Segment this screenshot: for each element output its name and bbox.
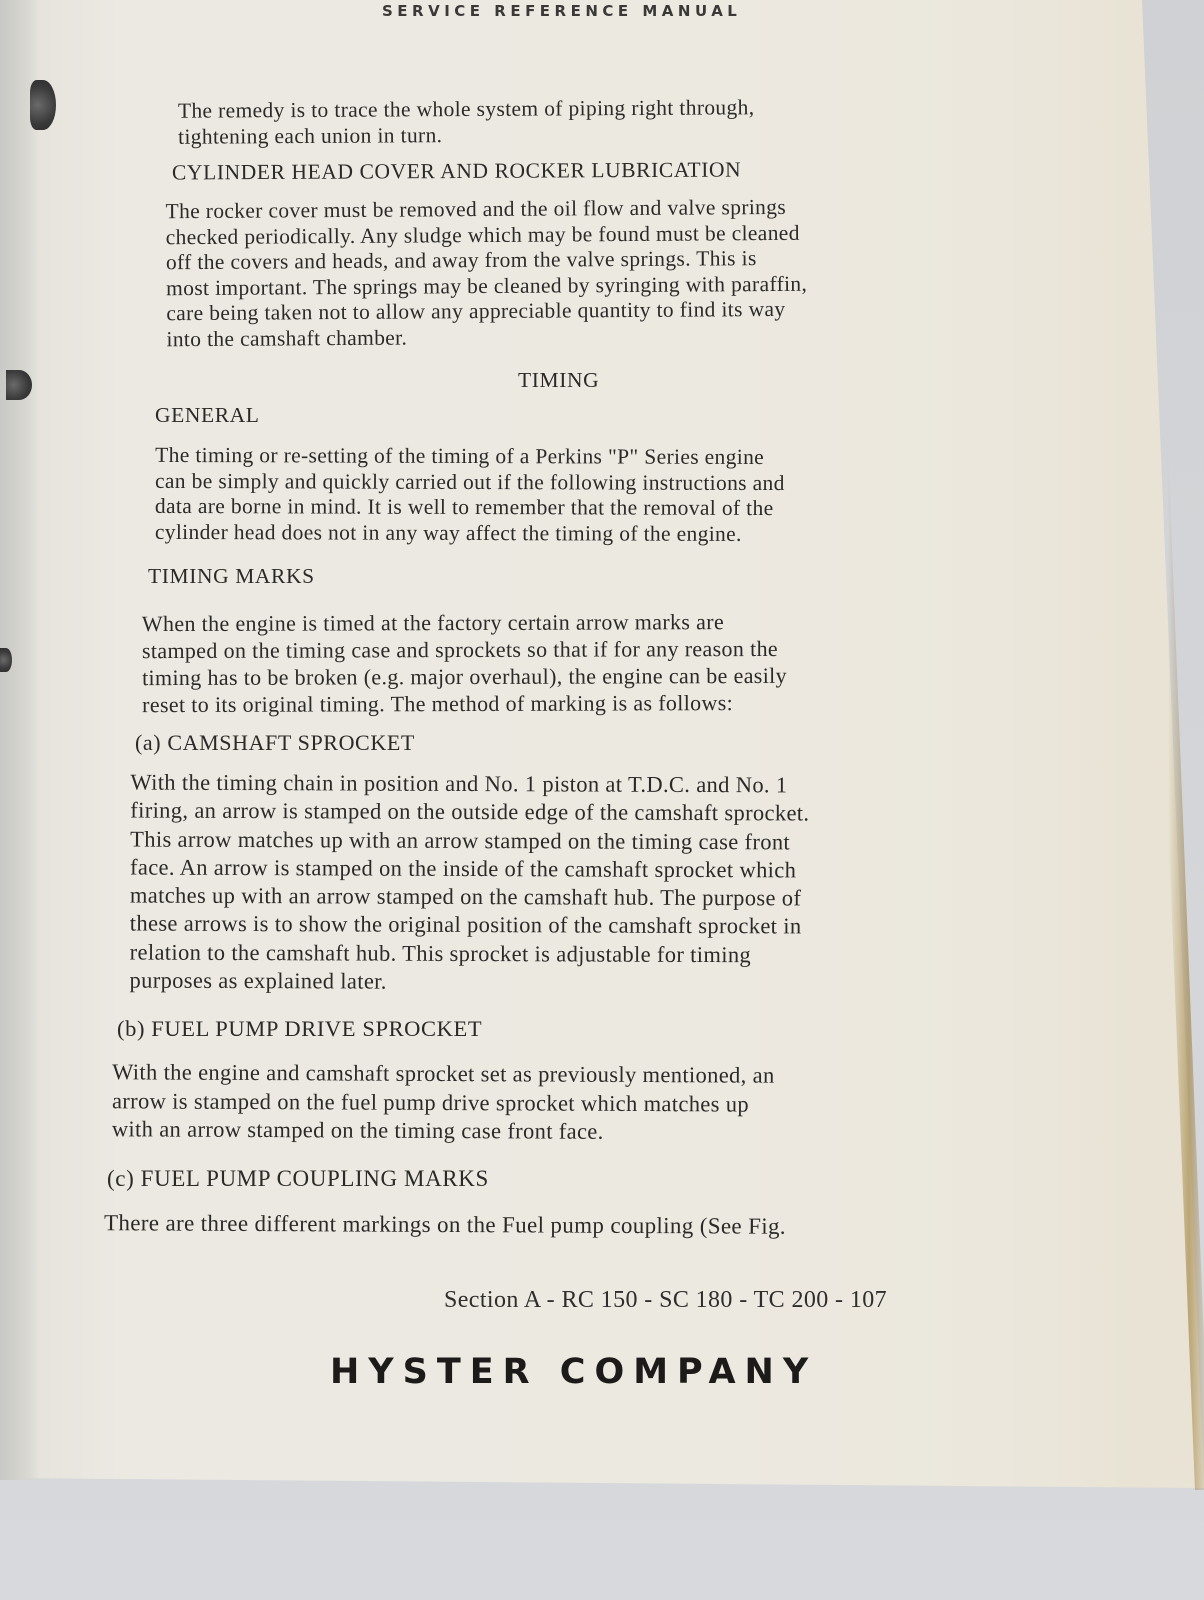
timing-title: TIMING [518, 368, 599, 393]
text-line: tightening each union in turn. [178, 121, 755, 150]
text-line: The timing or re-setting of the timing o… [155, 443, 785, 471]
binding-ring-icon [0, 648, 12, 672]
company-name: HYSTER COMPANY [330, 1352, 817, 1392]
cylinder-paragraph: The rocker cover must be removed and the… [165, 195, 807, 352]
binding-ring-icon [6, 370, 32, 400]
running-header: SERVICE REFERENCE MANUAL [382, 2, 741, 20]
fuel-pump-drive-heading: (b) FUEL PUMP DRIVE SPROCKET [117, 1016, 482, 1042]
section-heading-cylinder: CYLINDER HEAD COVER AND ROCKER LUBRICATI… [172, 158, 741, 186]
text-line: data are borne in mind. It is well to re… [155, 494, 785, 522]
camshaft-paragraph: With the timing chain in position and No… [130, 769, 810, 998]
text-line: The remedy is to trace the whole system … [178, 95, 755, 124]
text-line: This arrow matches up with an arrow stam… [130, 825, 809, 856]
text-line: There are three different markings on th… [104, 1208, 786, 1241]
binding-ring-icon [30, 80, 56, 130]
text-line: With the engine and camshaft sprocket se… [112, 1058, 775, 1090]
text-line: timing has to be broken (e.g. major over… [142, 662, 787, 691]
timing-marks-heading: TIMING MARKS [148, 564, 315, 589]
text-line: into the camshaft chamber. [166, 322, 807, 352]
camshaft-sprocket-heading: (a) CAMSHAFT SPROCKET [135, 730, 415, 756]
text-line: cylinder head does not in any way affect… [155, 519, 785, 547]
timing-marks-paragraph: When the engine is timed at the factory … [142, 608, 787, 718]
fuel-drive-paragraph: With the engine and camshaft sprocket se… [112, 1058, 775, 1147]
text-line: firing, an arrow is stamped on the outsi… [130, 797, 809, 828]
fuel-coupling-paragraph: There are three different markings on th… [104, 1208, 786, 1241]
text-line: off the covers and heads, and away from … [166, 246, 807, 276]
text-line: care being taken not to allow any apprec… [166, 297, 807, 327]
intro-paragraph: The remedy is to trace the whole system … [178, 95, 755, 150]
text-line: When the engine is timed at the factory … [142, 608, 787, 637]
general-heading: GENERAL [155, 403, 260, 428]
text-line: relation to the camshaft hub. This sproc… [130, 938, 809, 969]
text-line: these arrows is to show the original pos… [130, 910, 809, 941]
text-line: arrow is stamped on the fuel pump drive … [112, 1087, 775, 1119]
text-line: The rocker cover must be removed and the… [165, 195, 806, 225]
text-line: matches up with an arrow stamped on the … [130, 882, 809, 913]
text-line: purposes as explained later. [130, 967, 809, 998]
text-line: With the timing chain in position and No… [130, 769, 809, 800]
fuel-pump-coupling-heading: (c) FUEL PUMP COUPLING MARKS [107, 1166, 489, 1192]
text-line: can be simply and quickly carried out if… [155, 468, 785, 496]
binding-spine [0, 0, 40, 1480]
page-reference: Section A - RC 150 - SC 180 - TC 200 - 1… [444, 1287, 887, 1314]
text-line: reset to its original timing. The method… [142, 689, 787, 718]
text-line: stamped on the timing case and sprockets… [142, 635, 787, 664]
text-line: face. An arrow is stamped on the inside … [130, 853, 809, 884]
general-paragraph: The timing or re-setting of the timing o… [155, 443, 785, 547]
text-line: with an arrow stamped on the timing case… [112, 1115, 775, 1147]
